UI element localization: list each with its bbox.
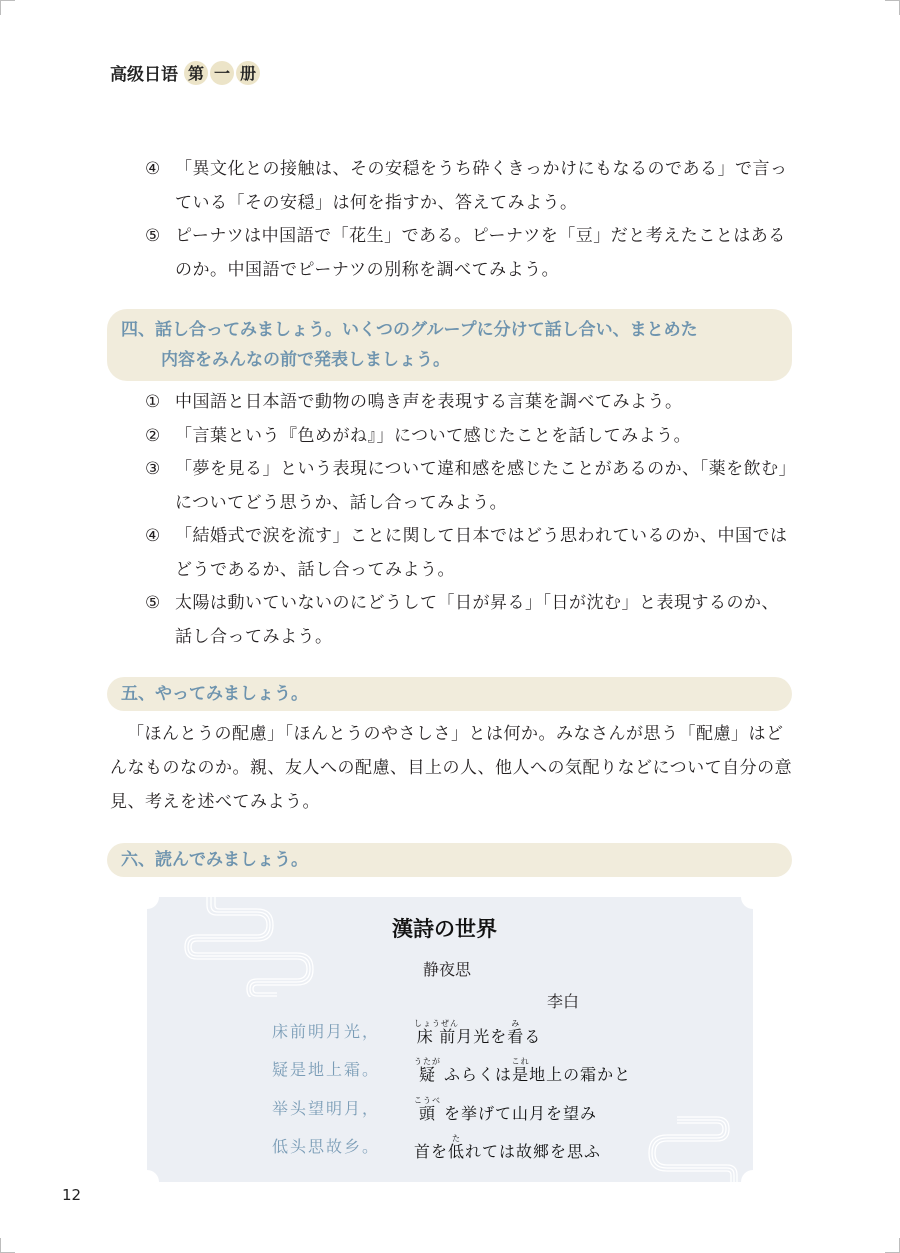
- item-text: ピーナツは中国語で「花生」である。ピーナツを「豆」だと考えたことはあるのか。中国…: [175, 220, 795, 287]
- section3-list: ④ 「異文化との接触は、その安穏をうち砕くきっかけにもなるのである」で言っている…: [145, 153, 795, 287]
- item-number: ④: [145, 153, 175, 220]
- cloud-wave-ornament-icon: [167, 897, 327, 997]
- section5-heading: 五、やってみましょう。: [107, 677, 792, 711]
- list-item: ④ 「結婚式で涙を流す」ことに関して日本ではどう思われているのか、中国ではどうで…: [145, 520, 795, 587]
- item-number: ③: [145, 453, 175, 520]
- heading-line-2: 内容をみんなの前で発表しましょう。: [121, 345, 778, 375]
- heading-text: 六、読んでみましょう。: [107, 843, 792, 877]
- corner-cut: [135, 1170, 159, 1194]
- poem-line: 举头望明月， 頭こうべ を挙げて山月を望み: [272, 1096, 597, 1124]
- crop-mark-top-left: [0, 0, 15, 15]
- crop-mark-top-right: [885, 0, 900, 15]
- item-text: 「異文化との接触は、その安穏をうち砕くきっかけにもなるのである」で言っている「そ…: [175, 153, 795, 220]
- poem-line-chinese: 疑是地上霜。: [272, 1057, 414, 1085]
- list-item: ② 「言葉という『色めがね』」について感じたことを話してみよう。: [145, 420, 795, 454]
- list-item: ③ 「夢を見る」という表現について違和感を感じたことがあるのか、「薬を飲む」につ…: [145, 453, 795, 520]
- item-text: 「夢を見る」という表現について違和感を感じたことがあるのか、「薬を飲む」について…: [175, 453, 795, 520]
- poem-line-japanese: 床前しょうぜん月光を看みる: [414, 1019, 541, 1047]
- poem-line-chinese: 床前明月光，: [272, 1019, 414, 1047]
- page-number: 12: [62, 1186, 81, 1204]
- crop-mark-bottom-right: [885, 1238, 900, 1253]
- item-number: ④: [145, 520, 175, 587]
- poem-line-japanese: 頭こうべ を挙げて山月を望み: [414, 1096, 597, 1124]
- item-text: 「言葉という『色めがね』」について感じたことを話してみよう。: [175, 420, 795, 454]
- section4-heading: 四、話し合ってみましょう。いくつのグループに分けて話し合い、まとめた 内容をみん…: [107, 309, 792, 381]
- section4-list: ① 中国語と日本語で動物の鳴き声を表現する言葉を調べてみよう。 ② 「言葉という…: [145, 386, 795, 654]
- item-text: 太陽は動いていないのにどうして「日が昇る」「日が沈む」と表現するのか、話し合って…: [175, 587, 795, 654]
- volume-char: 一: [210, 61, 234, 85]
- poem-box-title: 漢詩の世界: [392, 913, 497, 943]
- item-number: ⑤: [145, 220, 175, 287]
- heading-line-1: 四、話し合ってみましょう。いくつのグループに分けて話し合い、まとめた: [121, 315, 778, 345]
- poem-line: 低头思故乡。 首を低たれては故郷を思ふ: [272, 1134, 601, 1162]
- corner-cut: [135, 885, 159, 909]
- poem-author: 李白: [547, 989, 579, 1012]
- poem-line-chinese: 低头思故乡。: [272, 1134, 414, 1162]
- item-text: 「結婚式で涙を流す」ことに関して日本ではどう思われているのか、中国ではどうである…: [175, 520, 795, 587]
- poem-box: 漢詩の世界 静夜思 李白 床前明月光， 床前しょうぜん月光を看みる 疑是地上霜。…: [147, 897, 753, 1182]
- poem-line-chinese: 举头望明月，: [272, 1096, 414, 1124]
- poem-line: 床前明月光， 床前しょうぜん月光を看みる: [272, 1019, 541, 1047]
- running-header: 高级日语 第 一 册: [110, 60, 262, 85]
- item-text: 中国語と日本語で動物の鳴き声を表現する言葉を調べてみよう。: [175, 386, 795, 420]
- list-item: ⑤ ピーナツは中国語で「花生」である。ピーナツを「豆」だと考えたことはあるのか。…: [145, 220, 795, 287]
- volume-char: 第: [184, 61, 208, 85]
- list-item: ① 中国語と日本語で動物の鳴き声を表現する言葉を調べてみよう。: [145, 386, 795, 420]
- poem-line: 疑是地上霜。 疑うたが ふらくは是これ地上の霜かと: [272, 1057, 631, 1085]
- poem-title: 静夜思: [423, 957, 471, 980]
- heading-text: 五、やってみましょう。: [107, 677, 792, 711]
- section5-paragraph: 「ほんとうの配慮」「ほんとうのやさしさ」とは何か。みなさんが思う「配慮」はどんな…: [110, 717, 795, 819]
- poem-line-japanese: 首を低たれては故郷を思ふ: [414, 1134, 601, 1162]
- item-number: ②: [145, 420, 175, 454]
- volume-char: 册: [236, 61, 260, 85]
- crop-mark-bottom-left: [0, 1238, 15, 1253]
- cloud-wave-ornament-icon: [647, 1112, 753, 1182]
- poem-line-japanese: 疑うたが ふらくは是これ地上の霜かと: [414, 1057, 631, 1085]
- item-number: ①: [145, 386, 175, 420]
- corner-cut: [741, 885, 765, 909]
- book-title: 高级日语: [110, 60, 178, 85]
- list-item: ⑤ 太陽は動いていないのにどうして「日が昇る」「日が沈む」と表現するのか、話し合…: [145, 587, 795, 654]
- item-number: ⑤: [145, 587, 175, 654]
- section6-heading: 六、読んでみましょう。: [107, 843, 792, 877]
- list-item: ④ 「異文化との接触は、その安穏をうち砕くきっかけにもなるのである」で言っている…: [145, 153, 795, 220]
